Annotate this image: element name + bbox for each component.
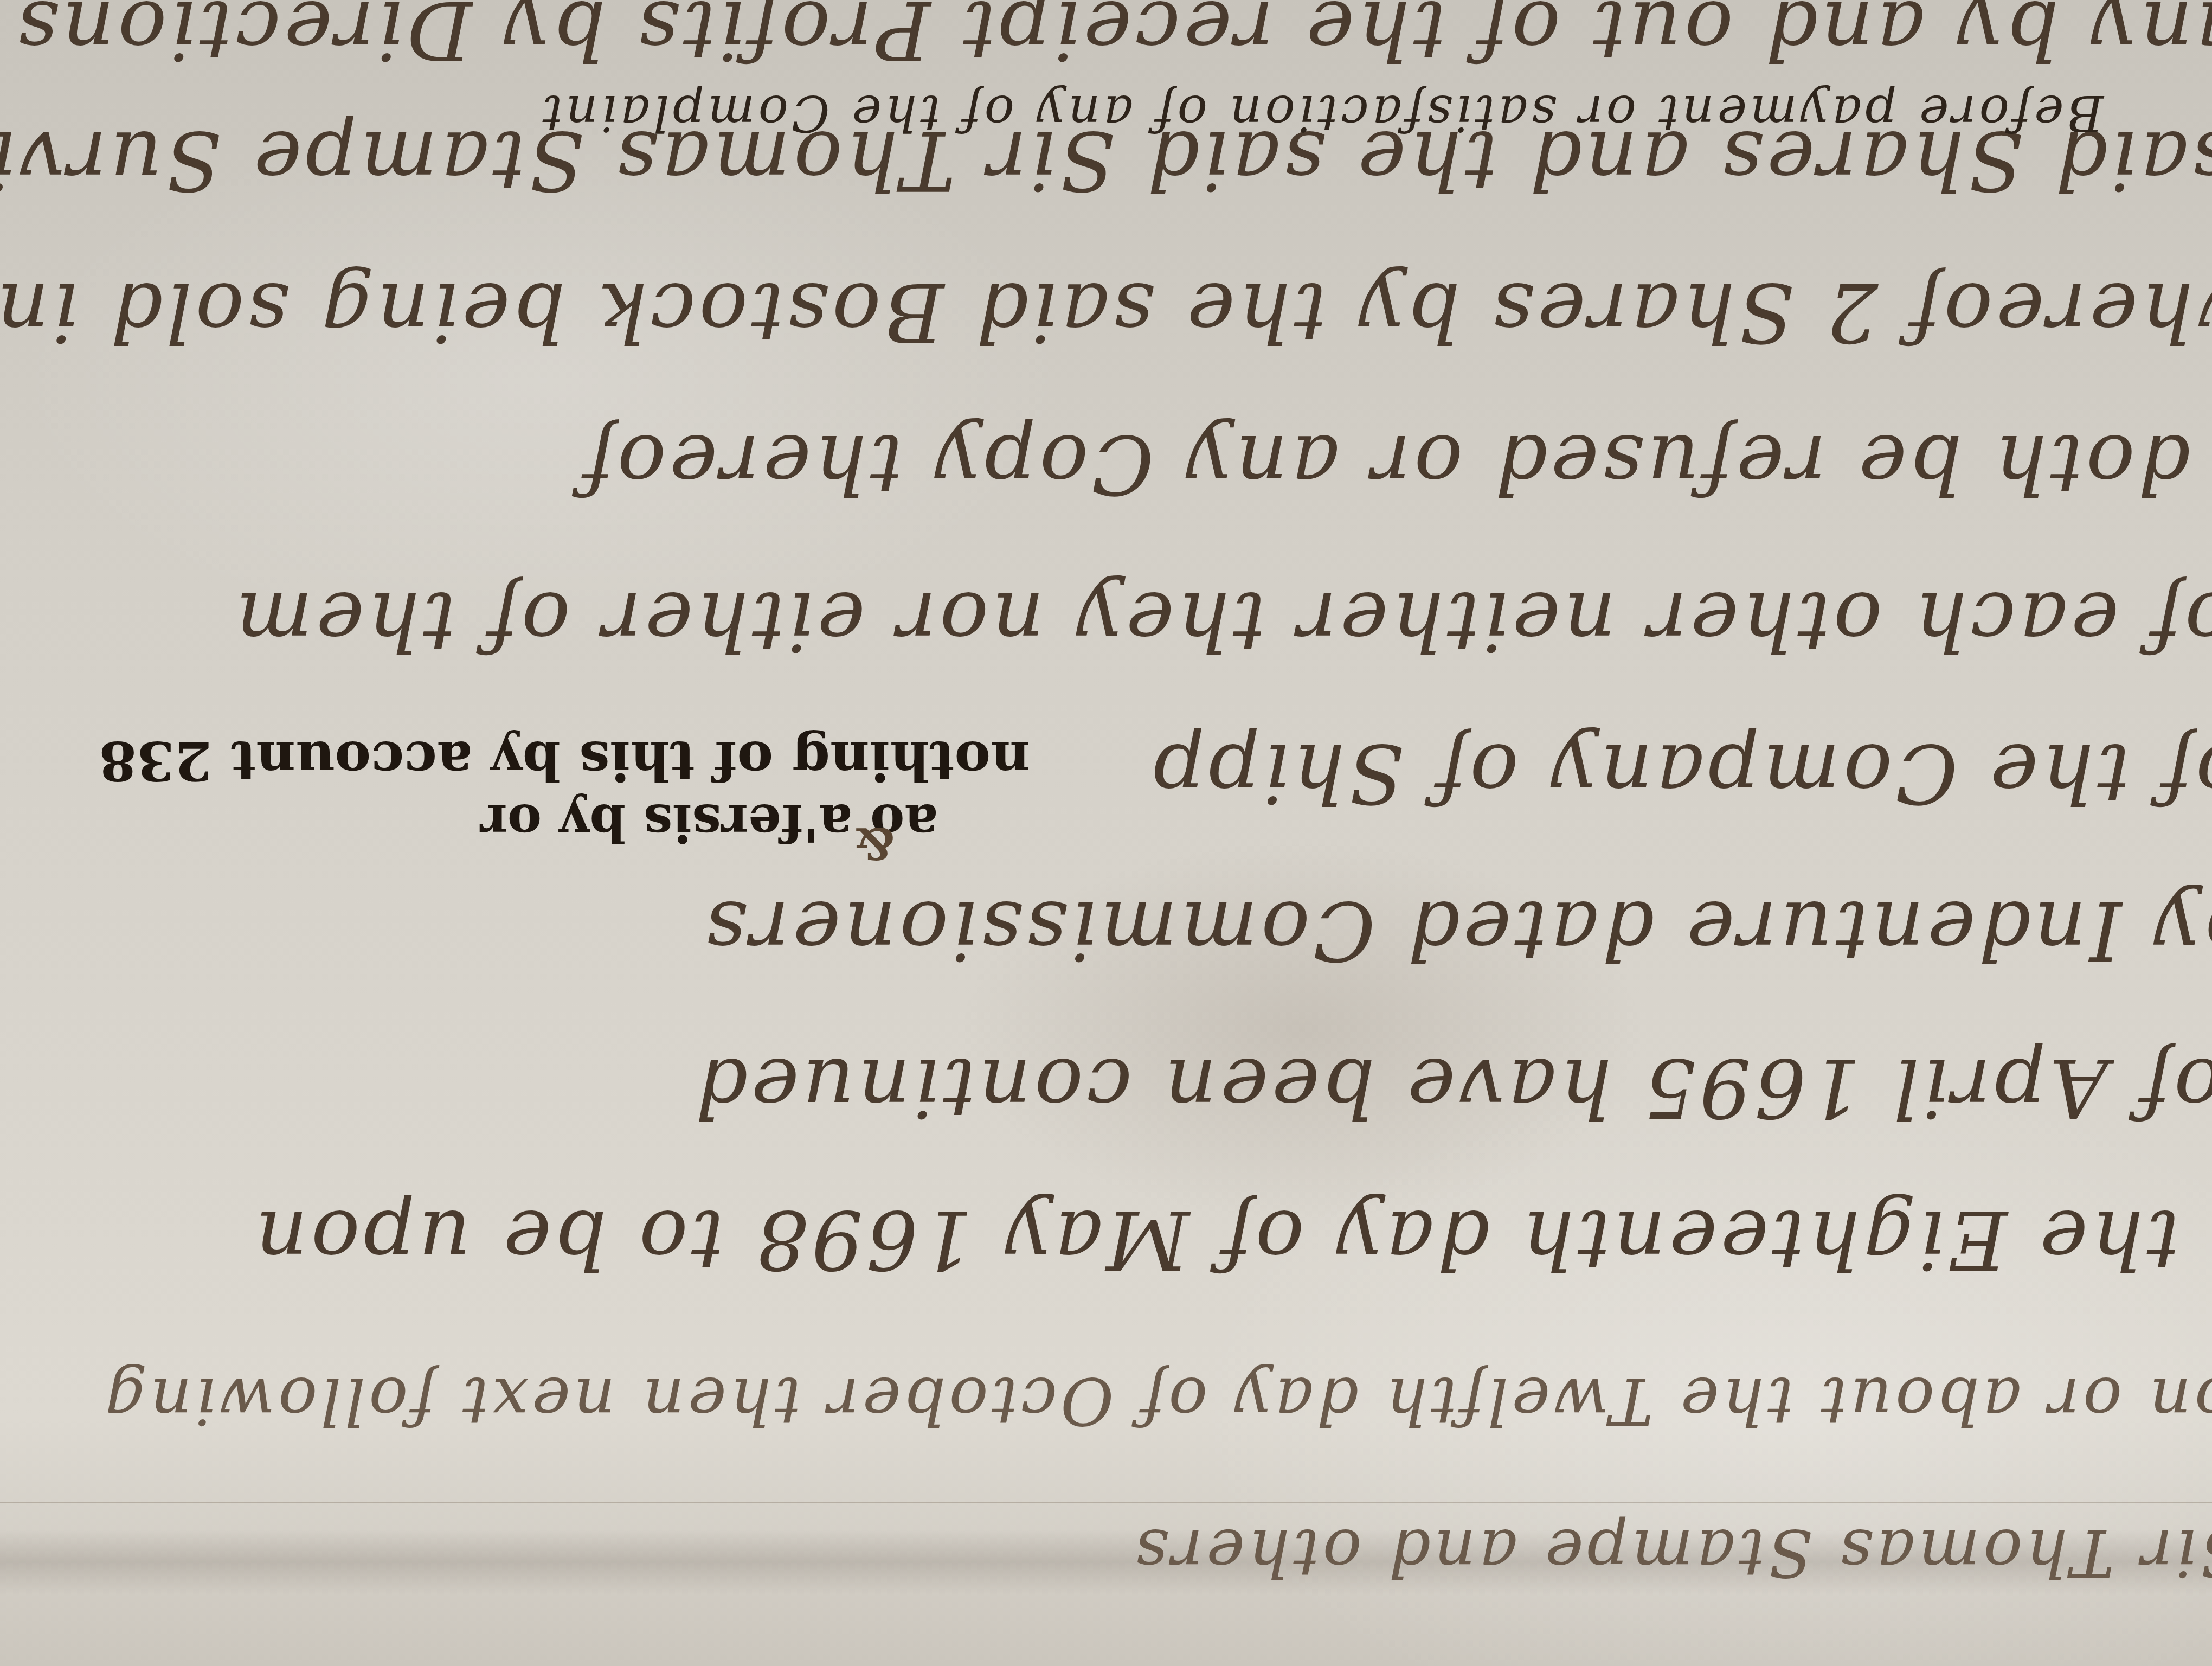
ampersand-mark: & xyxy=(856,818,895,869)
manuscript-line: Sir Thomas Stampe and others xyxy=(1132,1515,2212,1590)
manuscript-line: of each other neither they nor either of… xyxy=(233,574,2212,668)
manuscript-line: of the Company of Shipp xyxy=(1149,726,2212,820)
ruling-line xyxy=(0,1502,2212,1503)
manuscript-line: of April 1695 have been continued xyxy=(692,1040,2212,1135)
manuscript-line: doth be refused or any Copy thereof xyxy=(581,416,2190,511)
manuscript-line: by Indenture dated Commissioners xyxy=(702,883,2212,977)
manuscript-line: on or about the Twelfth day of October t… xyxy=(102,1363,2212,1438)
manuscript-line: the Eighteenth day of May 1698 to be upo… xyxy=(252,1192,2179,1286)
manuscript-line: any by and out of the receipt Profits by… xyxy=(14,0,2212,77)
upside-down-text-layer: Sir Thomas Stampe and others on or about… xyxy=(0,0,2212,1666)
manuscript-page: Sir Thomas Stampe and others on or about… xyxy=(0,0,2212,1666)
interlinear-line: Before payment or satisfaction of any of… xyxy=(539,84,2104,142)
marginal-note: nothing of this by account 238 xyxy=(99,729,1030,793)
manuscript-line: whereof 2 Shares by the said Bostock bei… xyxy=(0,265,2212,359)
